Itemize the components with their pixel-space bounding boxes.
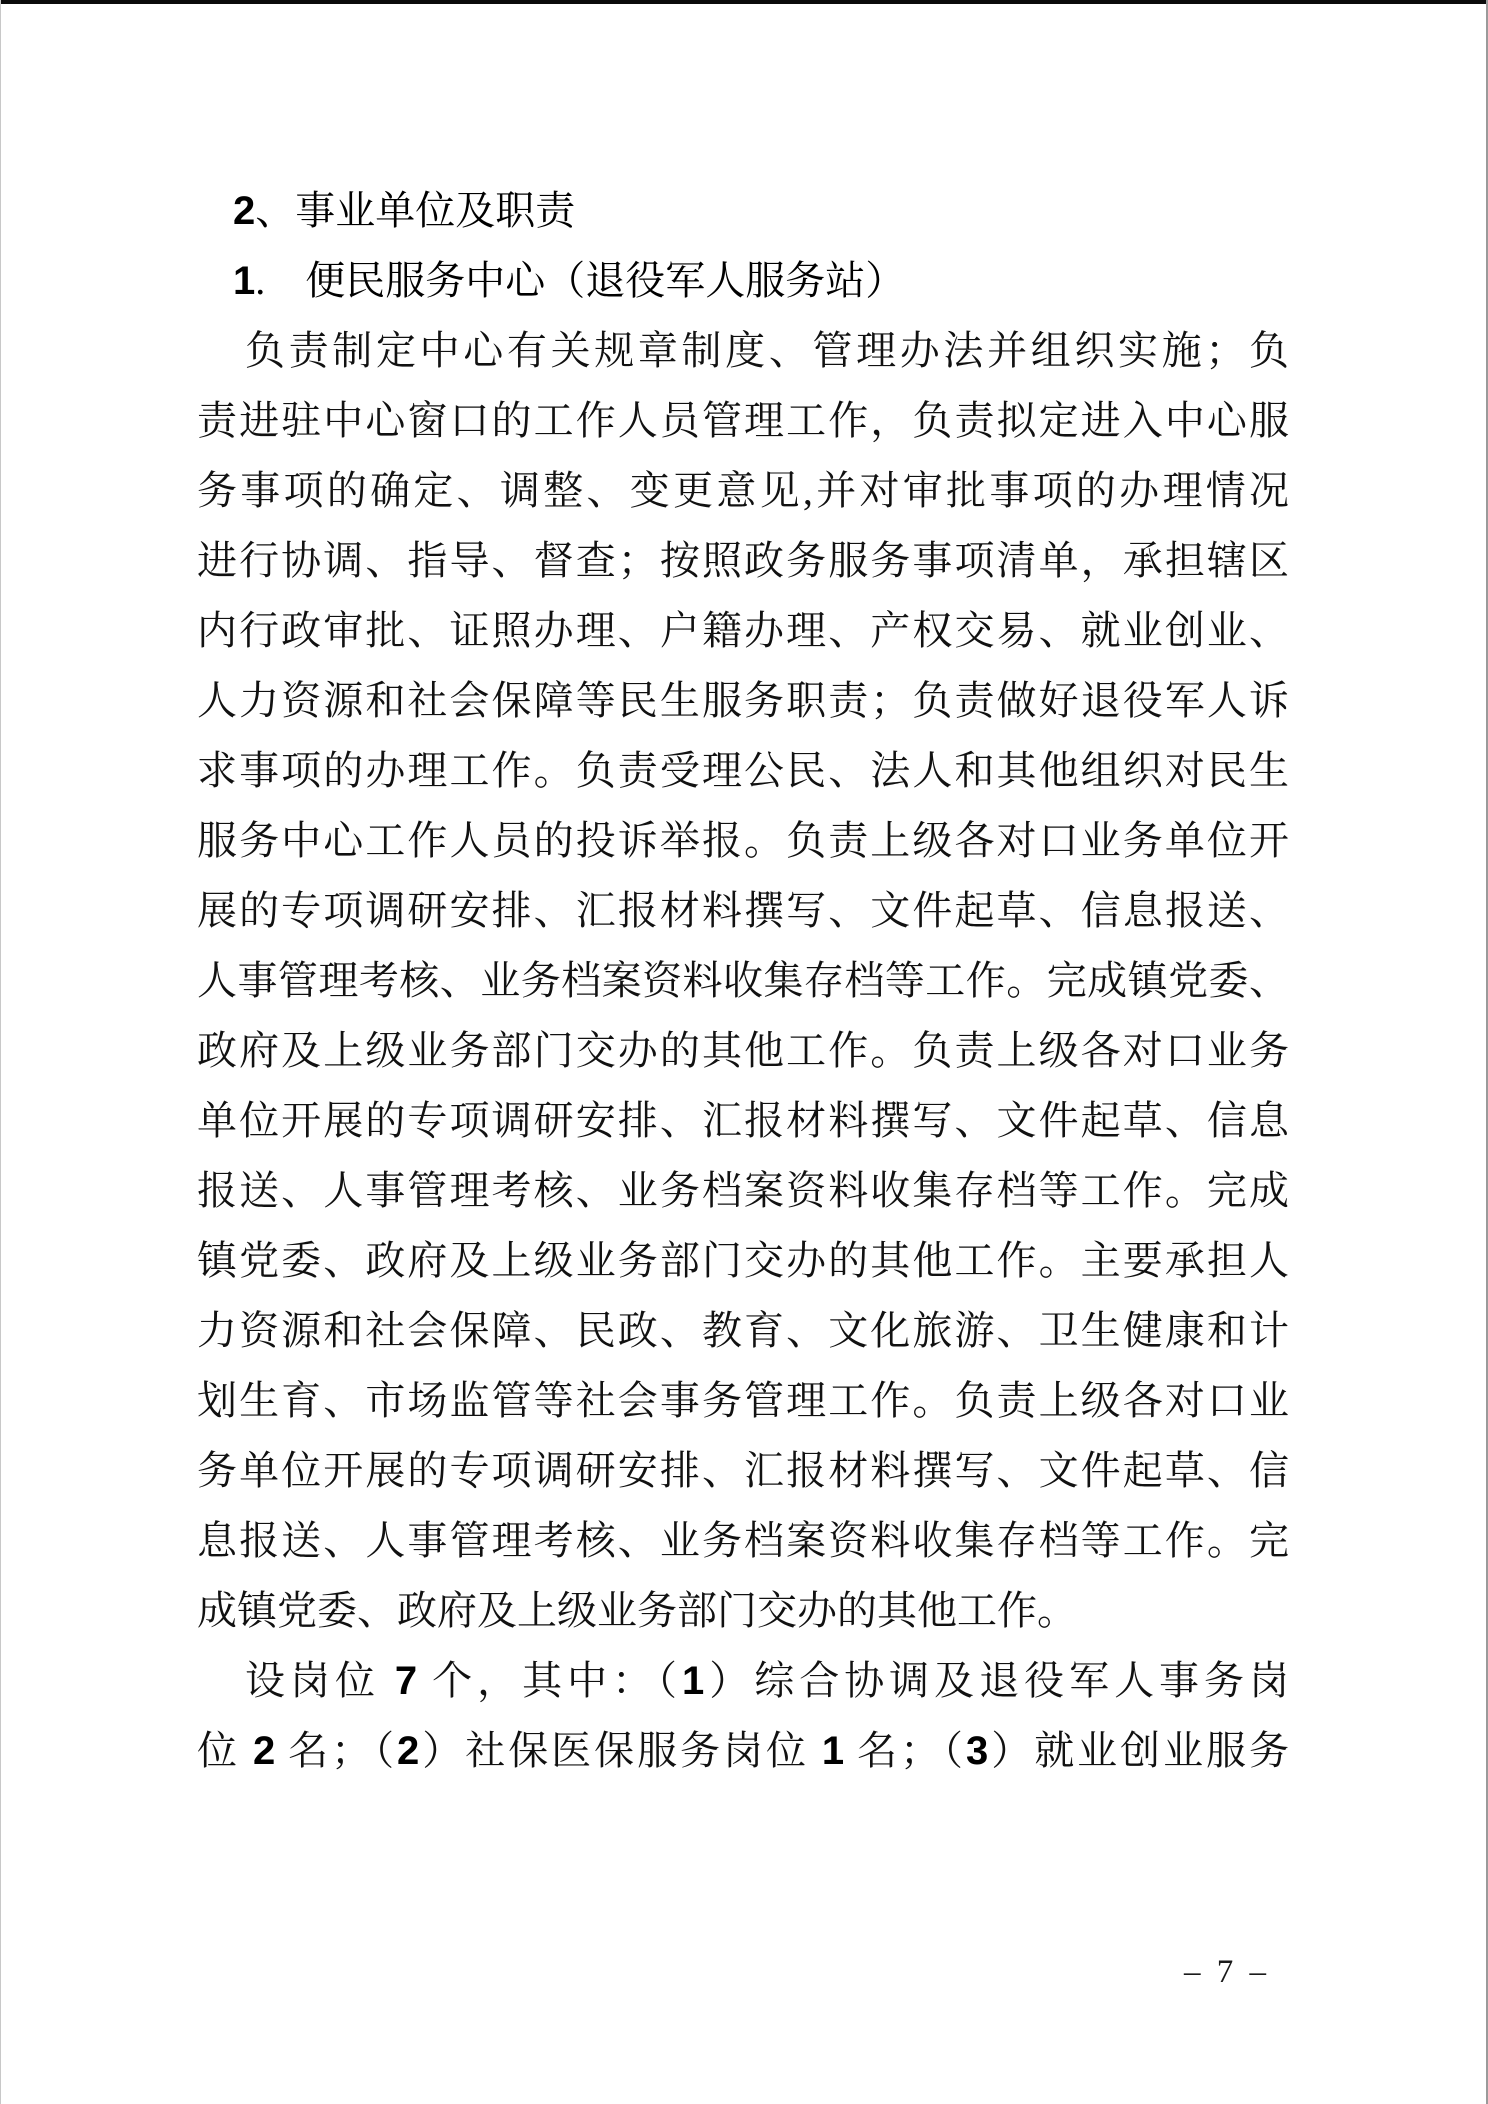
- heading-line: 1. 便民服务中心（退役军人服务站）: [197, 246, 1289, 316]
- text-line: 位 2 名；（2）社保医保服务岗位 1 名；（3）就业创业服务: [197, 1716, 1289, 1786]
- numeral: 2: [397, 1729, 419, 1773]
- document-body: 2、事业单位及职责1. 便民服务中心（退役军人服务站）负责制定中心有关规章制度、…: [197, 176, 1289, 1786]
- text-line: 责进驻中心窗口的工作人员管理工作，负责拟定进入中心服: [197, 386, 1289, 456]
- text-line: 展的专项调研安排、汇报材料撰写、文件起草、信息报送、: [197, 876, 1289, 946]
- text-line: 务事项的确定、调整、变更意见,并对审批事项的办理情况: [197, 456, 1289, 526]
- numeral: 1: [822, 1729, 844, 1773]
- heading-line: 2、事业单位及职责: [197, 176, 1289, 246]
- text-line: 负责制定中心有关规章制度、管理办法并组织实施；负: [197, 316, 1289, 386]
- text-line: 服务中心工作人员的投诉举报。负责上级各对口业务单位开: [197, 806, 1289, 876]
- numeral: 2: [233, 189, 255, 233]
- text-line: 人事管理考核、业务档案资料收集存档等工作。完成镇党委、: [197, 946, 1289, 1016]
- text-line: 报送、人事管理考核、业务档案资料收集存档等工作。完成: [197, 1156, 1289, 1226]
- numeral: 1: [233, 259, 255, 303]
- numeral: 2: [253, 1729, 275, 1773]
- text-line: 设岗位 7 个，其中：（1）综合协调及退役军人事务岗: [197, 1646, 1289, 1716]
- text-line: 务单位开展的专项调研安排、汇报材料撰写、文件起草、信: [197, 1436, 1289, 1506]
- numeral: 7: [395, 1659, 417, 1703]
- numeral: 1: [682, 1659, 704, 1703]
- text-line: 镇党委、政府及上级业务部门交办的其他工作。主要承担人: [197, 1226, 1289, 1296]
- text-line: 力资源和社会保障、民政、教育、文化旅游、卫生健康和计: [197, 1296, 1289, 1366]
- text-line: 政府及上级业务部门交办的其他工作。负责上级各对口业务: [197, 1016, 1289, 1086]
- page-top-border: [0, 0, 1488, 4]
- text-line: 单位开展的专项调研安排、汇报材料撰写、文件起草、信息: [197, 1086, 1289, 1156]
- text-line: 息报送、人事管理考核、业务档案资料收集存档等工作。完: [197, 1506, 1289, 1576]
- text-line: 人力资源和社会保障等民生服务职责；负责做好退役军人诉: [197, 666, 1289, 736]
- text-line: 求事项的办理工作。负责受理公民、法人和其他组织对民生: [197, 736, 1289, 806]
- text-line: 内行政审批、证照办理、户籍办理、产权交易、就业创业、: [197, 596, 1289, 666]
- document-page: 2、事业单位及职责1. 便民服务中心（退役军人服务站）负责制定中心有关规章制度、…: [0, 0, 1488, 2104]
- footer-page-number: – 7 –: [1184, 1952, 1270, 1992]
- numeral: 3: [966, 1729, 988, 1773]
- text-line: 划生育、市场监管等社会事务管理工作。负责上级各对口业: [197, 1366, 1289, 1436]
- text-line: 成镇党委、政府及上级业务部门交办的其他工作。: [197, 1576, 1289, 1646]
- text-line: 进行协调、指导、督查；按照政务服务事项清单，承担辖区: [197, 526, 1289, 596]
